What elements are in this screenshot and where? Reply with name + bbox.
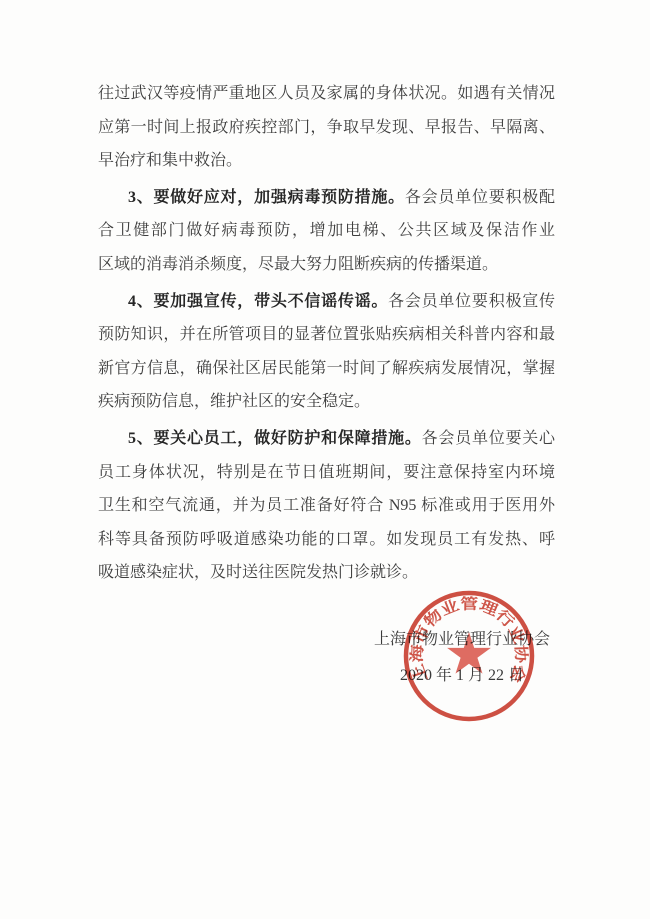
body-line: 吸道感染症状，及时送往医院发热门诊就诊。	[98, 556, 555, 590]
body-line: 应第一时间上报政府疾控部门，争取早发现、早报告、早隔离、	[98, 111, 555, 145]
paragraph: 3、要做好应对，加强病毒预防措施。各会员单位要积极配 合卫健部门做好病毒预防，增…	[98, 181, 555, 282]
body-line: 合卫健部门做好病毒预防，增加电梯、公共区域及保洁作业	[98, 214, 555, 248]
body-line: 5、要关心员工，做好防护和保障措施。各会员单位要关心	[98, 422, 555, 456]
item-heading: 3、要做好应对，加强病毒预防措施。	[128, 189, 405, 206]
body-line-text: 疾病预防信息，维护社区的安全稳定。	[98, 393, 370, 410]
body-line-text: 往过武汉等疫情严重地区人员及家属的身体状况。如遇有关情况	[98, 85, 555, 102]
signature-date: 2020 年 1 月 22 日	[332, 665, 592, 686]
body-line: 3、要做好应对，加强病毒预防措施。各会员单位要积极配	[98, 181, 555, 215]
body-line-text: 合卫健部门做好病毒预防，增加电梯、公共区域及保洁作业	[98, 222, 555, 239]
paragraph: 5、要关心员工，做好防护和保障措施。各会员单位要关心 员工身体状况，特别是在节日…	[98, 422, 555, 590]
body-line-text: 区域的消毒消杀频度，尽最大努力阻断疾病的传播渠道。	[98, 256, 498, 273]
body-line: 员工身体状况，特别是在节日值班期间，要注意保持室内环境	[98, 456, 555, 490]
body-line-text: 各会员单位要积极宣传	[388, 293, 555, 310]
official-seal-stamp: 上海市物业管理行业协会	[399, 586, 539, 726]
body-line-text: 预防知识，并在所管项目的显著位置张贴疾病相关科普内容和最	[98, 326, 555, 343]
body-line-text: 员工身体状况，特别是在节日值班期间，要注意保持室内环境	[98, 464, 555, 481]
body-line-text: 各会员单位要积极配	[405, 189, 555, 206]
body-line: 新官方信息，确保社区居民能第一时间了解疾病发展情况，掌握	[98, 352, 555, 386]
body-line-text: 应第一时间上报政府疾控部门，争取早发现、早报告、早隔离、	[98, 119, 555, 136]
document-page: 往过武汉等疫情严重地区人员及家属的身体状况。如遇有关情况 应第一时间上报政府疾控…	[0, 0, 650, 919]
paragraph: 4、要加强宣传，带头不信谣传谣。各会员单位要积极宣传 预防知识，并在所管项目的显…	[98, 285, 555, 419]
body-line: 预防知识，并在所管项目的显著位置张贴疾病相关科普内容和最	[98, 318, 555, 352]
seal-ring	[406, 593, 532, 719]
body-line: 早治疗和集中救治。	[98, 144, 555, 178]
body-line-text: 早治疗和集中救治。	[98, 152, 242, 169]
body-line-text: 新官方信息，确保社区居民能第一时间了解疾病发展情况，掌握	[98, 360, 555, 377]
signature-organization: 上海市物业管理行业协会	[332, 629, 592, 650]
paragraph: 往过武汉等疫情严重地区人员及家属的身体状况。如遇有关情况 应第一时间上报政府疾控…	[98, 77, 555, 178]
body-line-text: 吸道感染症状，及时送往医院发热门诊就诊。	[98, 564, 418, 581]
body-line-text: 各会员单位要关心	[422, 430, 555, 447]
body-line: 卫生和空气流通，并为员工准备好符合 N95 标准或用于医用外	[98, 489, 555, 523]
body-line: 4、要加强宣传，带头不信谣传谣。各会员单位要积极宣传	[98, 285, 555, 319]
body-line-text: 科等具备预防呼吸道感染功能的口罩。如发现员工有发热、呼	[98, 531, 555, 548]
body-line-text: 卫生和空气流通，并为员工准备好符合 N95 标准或用于医用外	[98, 497, 555, 514]
item-heading: 4、要加强宣传，带头不信谣传谣。	[128, 293, 388, 310]
item-heading: 5、要关心员工，做好防护和保障措施。	[128, 430, 422, 447]
body-line: 科等具备预防呼吸道感染功能的口罩。如发现员工有发热、呼	[98, 523, 555, 557]
body-line: 区域的消毒消杀频度，尽最大努力阻断疾病的传播渠道。	[98, 248, 555, 282]
body-line: 疾病预防信息，维护社区的安全稳定。	[98, 385, 555, 419]
body-line: 往过武汉等疫情严重地区人员及家属的身体状况。如遇有关情况	[98, 77, 555, 111]
document-body: 往过武汉等疫情严重地区人员及家属的身体状况。如遇有关情况 应第一时间上报政府疾控…	[98, 77, 555, 593]
